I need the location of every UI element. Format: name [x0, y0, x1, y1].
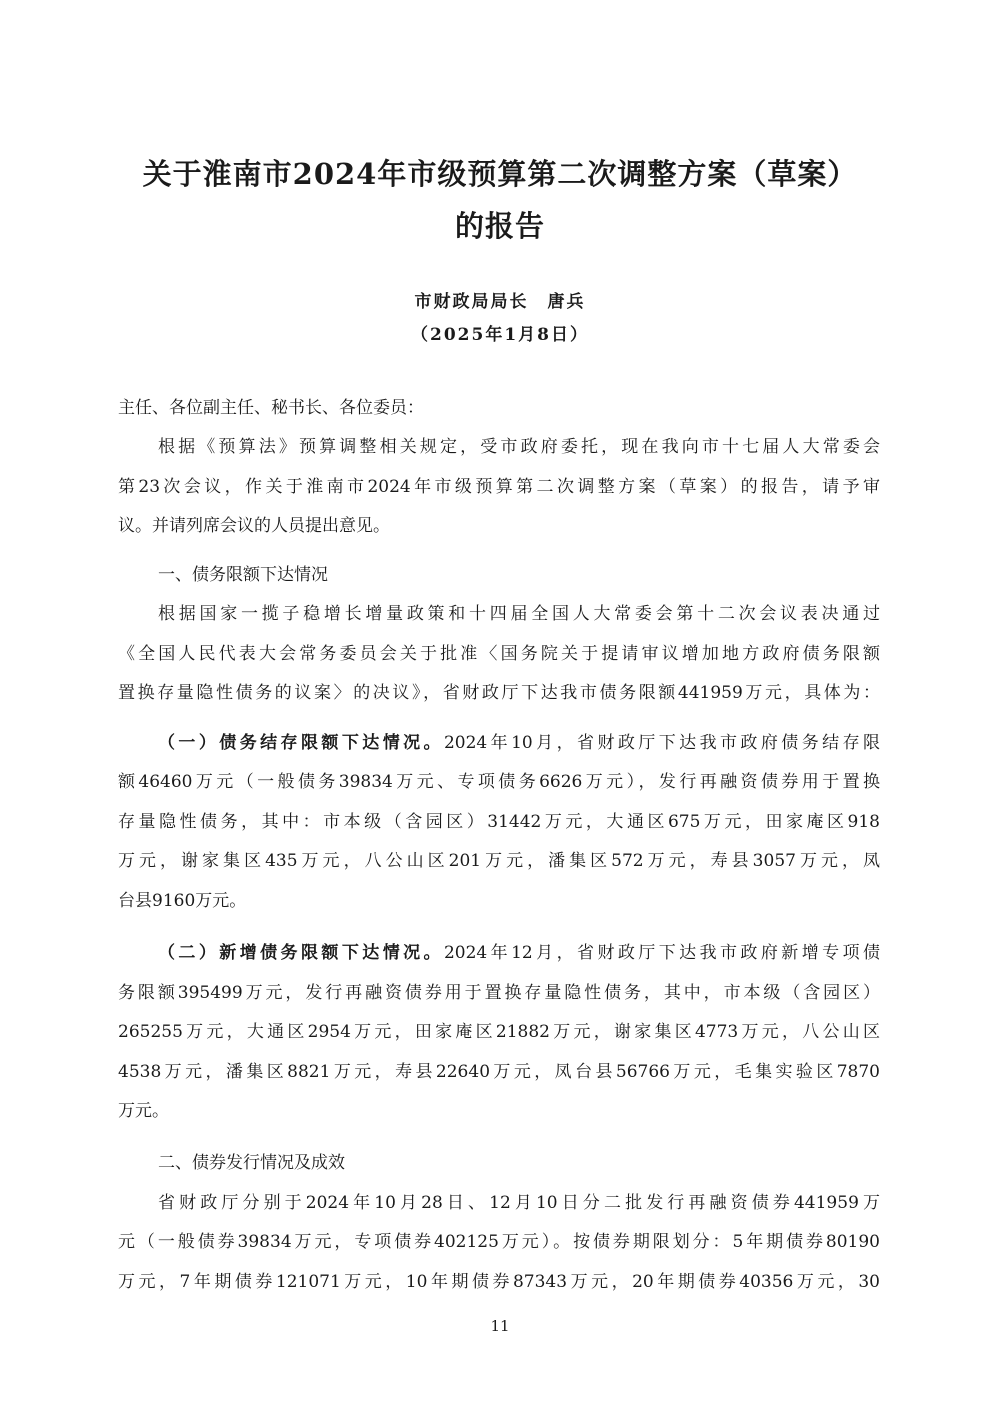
section2-line: 万元，7年期债券121071万元，10年期债券87343万元，20年期债券403…	[118, 1271, 880, 1293]
section2-heading: 二、债券发行情况及成效	[118, 1152, 880, 1174]
sub2-line: 265255万元，大通区2954万元，田家庵区21882万元，谢家集区4773万…	[118, 1021, 880, 1043]
section1-para-line: 置换存量隐性债务的议案〉的决议》，省财政厅下达我市债务限额441959万元，具体…	[118, 682, 880, 704]
section1-para-line: 根据国家一揽子稳增长增量政策和十四届全国人大常委会第十二次会议表决通过	[118, 603, 880, 625]
sub2-lead: （二）新增债务限额下达情况。	[158, 943, 444, 963]
author: 市财政局局长 唐兵	[0, 287, 1000, 312]
salutation: 主任、各位副主任、秘书长、各位委员：	[118, 397, 880, 419]
sub1-line: 万元，谢家集区435万元，八公山区201万元，潘集区572万元，寿县3057万元…	[118, 850, 880, 872]
sub1-first-line: （一）债务结存限额下达情况。2024年10月，省财政厅下达我市政府债务结存限	[118, 732, 880, 754]
section2-line: 省财政厅分别于2024年10月28日、12月10日分二批发行再融资债券44195…	[118, 1192, 880, 1214]
section1-para-line: 《全国人民代表大会常务委员会关于批准〈国务院关于提请审议增加地方政府债务限额	[118, 643, 880, 665]
section1-heading: 一、债务限额下达情况	[118, 564, 880, 586]
sub2-first-line: （二）新增债务限额下达情况。2024年12月，省财政厅下达我市政府新增专项债	[118, 942, 880, 964]
intro-line: 议。并请列席会议的人员提出意见。	[118, 515, 880, 537]
sub1-lead: （一）债务结存限额下达情况。	[158, 733, 444, 753]
sub1-line: 额46460万元（一般债务39834万元、专项债务6626万元），发行再融资债券…	[118, 771, 880, 793]
sub2-line: 4538万元，潘集区8821万元，寿县22640万元，凤台县56766万元，毛集…	[118, 1061, 880, 1083]
sub1-line: 台县9160万元。	[118, 890, 880, 912]
section2-line: 元（一般债券39834万元，专项债券402125万元）。按债券期限划分：5年期债…	[118, 1231, 880, 1253]
intro-line: 第23次会议，作关于淮南市2024年市级预算第二次调整方案（草案）的报告，请予审	[118, 476, 880, 498]
sub1-line: 存量隐性债务，其中：市本级（含园区）31442万元，大通区675万元，田家庵区9…	[118, 811, 880, 833]
sub1-text: 2024年10月，省财政厅下达我市政府债务结存限	[444, 733, 880, 753]
date: （2025年1月8日）	[0, 320, 1000, 345]
document-title-line2: 的报告	[0, 204, 1000, 245]
document-title-line1: 关于淮南市2024年市级预算第二次调整方案（草案）	[0, 152, 1000, 193]
page-number: 11	[0, 1317, 1000, 1335]
intro-line: 根据《预算法》预算调整相关规定，受市政府委托，现在我向市十七届人大常委会	[118, 436, 880, 458]
sub2-line: 务限额395499万元，发行再融资债券用于置换存量隐性债务，其中，市本级（含园区…	[118, 982, 880, 1004]
sub2-text: 2024年12月，省财政厅下达我市政府新增专项债	[444, 943, 880, 963]
sub2-line: 万元。	[118, 1100, 880, 1122]
